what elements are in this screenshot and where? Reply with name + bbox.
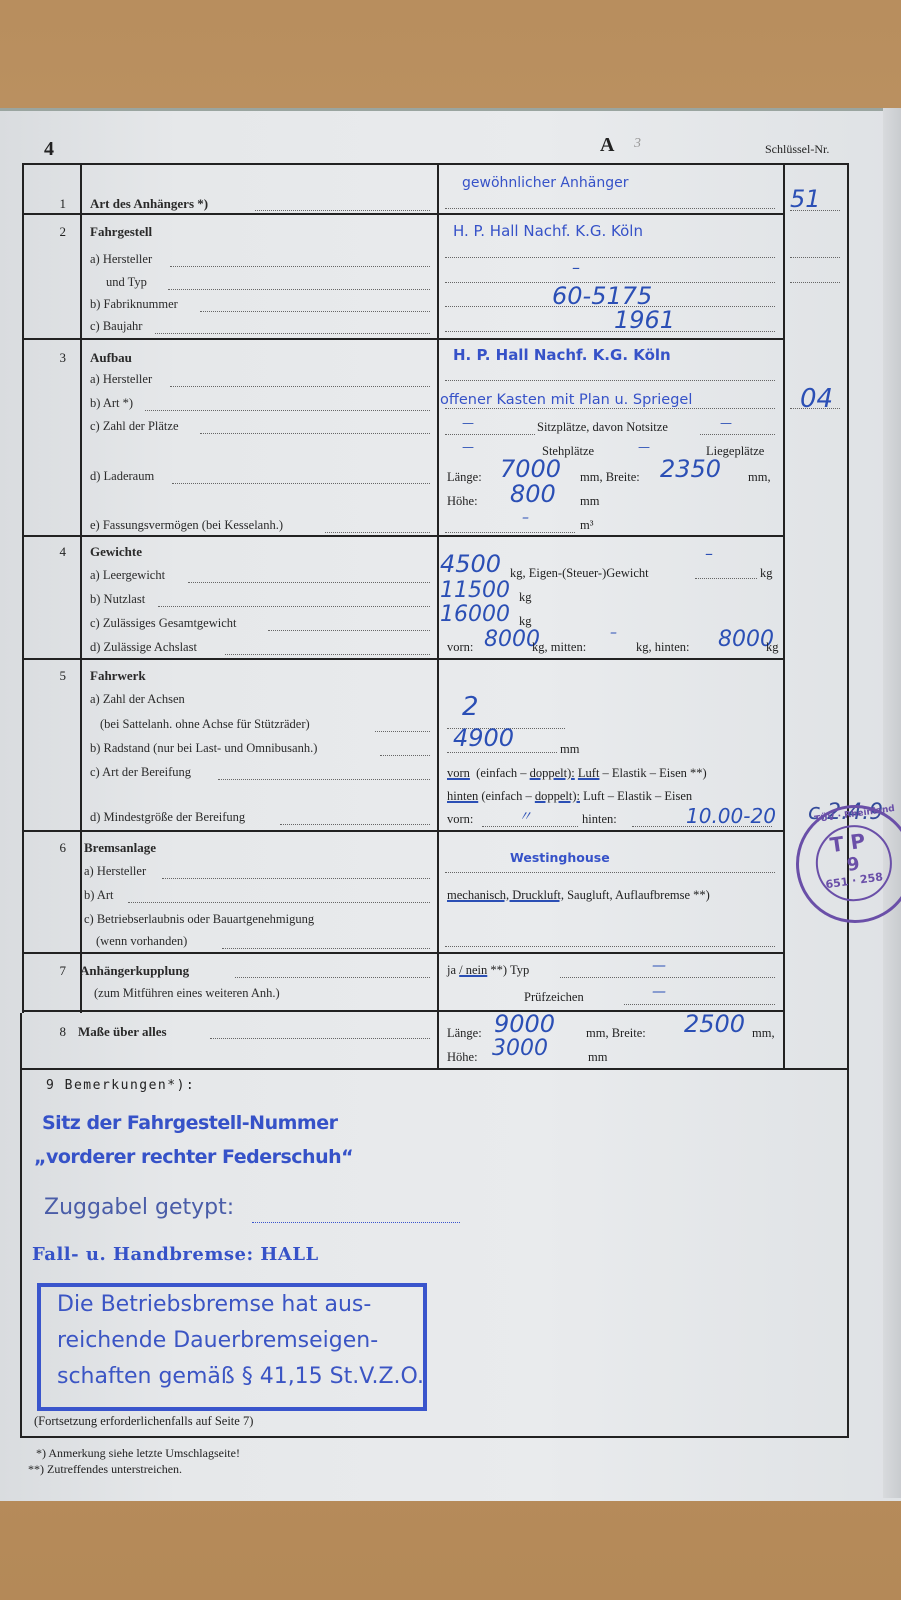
chassis-type-value[interactable]: – <box>572 258 580 277</box>
separator: – <box>650 766 656 780</box>
separator: – <box>525 789 531 803</box>
body-title: Aufbau <box>90 350 132 366</box>
empty-weight-label: a) Leergewicht <box>90 568 165 583</box>
brake-approval-sublabel: (wenn vorhanden) <box>96 934 187 949</box>
axle-front-label: vorn: <box>447 640 473 655</box>
footnote-1: *) Anmerkung siehe letzte Umschlagseite! <box>36 1446 240 1461</box>
section-number: 2 <box>46 224 66 240</box>
separator: – <box>608 789 614 803</box>
chassis-number-location-line2: „vorderer rechter Federschuh“ <box>34 1146 353 1168</box>
min-rear-value[interactable]: 10.00-20 <box>686 804 776 828</box>
section-number: 4 <box>46 544 66 560</box>
emergency-seats-value[interactable]: — <box>720 416 732 430</box>
tyres-double-option: doppelt): <box>530 766 575 780</box>
cargo-width-unit: mm, <box>748 470 771 485</box>
overall-length-label: Länge: <box>447 1026 482 1041</box>
coupling-yes-option: ja <box>447 963 456 977</box>
tyres-air-option: Luft <box>578 766 600 780</box>
tyres-rear-position: hinten <box>447 789 478 803</box>
chassis-type-label: und Typ <box>106 275 147 290</box>
axle-mid-label: kg, mitten: <box>532 640 586 655</box>
cargo-height-label: Höhe: <box>447 494 478 509</box>
chassis-serial-label: b) Fabriknummer <box>90 297 178 312</box>
coupling-no-option: / nein <box>459 963 487 977</box>
continuation-note: (Fortsetzung erforderlichenfalls auf Sei… <box>34 1414 253 1429</box>
brake-type-other-options: Saugluft, Auflaufbremse **) <box>567 888 710 902</box>
coupling-yes-no: ja / nein **) Typ <box>447 963 529 978</box>
chassis-year-value[interactable]: 1961 <box>614 306 675 334</box>
page-edge <box>883 108 901 1498</box>
capacity-value[interactable]: – <box>522 510 529 526</box>
tax-weight-value[interactable]: – <box>705 544 713 563</box>
axles-label: a) Zahl der Achsen <box>90 692 185 707</box>
tyres-iron-option: Eisen <box>664 789 692 803</box>
coupling-type-value[interactable]: — <box>652 958 666 974</box>
brakes-title: Bremsanlage <box>84 840 156 856</box>
cargo-length-value[interactable]: 7000 <box>500 455 561 483</box>
section-number: 5 <box>46 668 66 684</box>
separator: – <box>603 766 609 780</box>
min-front-value[interactable]: 〃 <box>518 806 532 826</box>
min-front-label: vorn: <box>447 812 473 827</box>
overall-width-value[interactable]: 2500 <box>684 1010 745 1038</box>
trailer-type-value[interactable]: gewöhnlicher Anhänger <box>462 175 628 191</box>
trailer-type-label: Art des Anhängers *) <box>90 196 208 212</box>
tyres-iron-option: Eisen **) <box>659 766 707 780</box>
test-mark-value[interactable]: — <box>652 984 666 1000</box>
tyre-type-label: c) Art der Bereifung <box>90 765 191 780</box>
separator: – <box>520 766 526 780</box>
min-tyre-size-label: d) Mindestgröße der Bereifung <box>90 810 245 825</box>
section-number: 8 <box>46 1024 66 1040</box>
section-number: 6 <box>46 840 66 856</box>
brake-type-selected: mechanisch, Druckluft, <box>447 888 564 902</box>
trailer-type-key[interactable]: 51 <box>790 185 821 213</box>
section-number: 7 <box>46 963 66 979</box>
payload-label: b) Nutzlast <box>90 592 145 607</box>
footnote-2: **) Zutreffendes unterstreichen. <box>28 1462 182 1477</box>
min-rear-label: hinten: <box>582 812 617 827</box>
chassis-manufacturer-value[interactable]: H. P. Hall Nachf. K.G. Köln <box>453 222 643 240</box>
overall-height-value[interactable]: 3000 <box>492 1036 548 1061</box>
tyres-single-option: (einfach <box>476 766 517 780</box>
brake-stamp-line: Die Betriebsbremse hat aus- <box>41 1287 423 1323</box>
page-number: 4 <box>44 138 54 161</box>
brake-approval-label: c) Betriebserlaubnis oder Bauartgenehmig… <box>84 912 314 927</box>
key-column-header: Schlüssel-Nr. <box>765 142 829 157</box>
standing-value[interactable]: — <box>462 440 474 454</box>
brake-stamp-line: schaften gemäß § 41,15 St.V.Z.O. <box>41 1359 423 1395</box>
body-type-value[interactable]: offener Kasten mit Plan u. Spriegel <box>440 392 692 408</box>
test-mark-label: Prüfzeichen <box>524 990 584 1005</box>
brake-manufacturer-value[interactable]: Westinghouse <box>510 850 610 865</box>
brake-type-options: mechanisch, Druckluft, Saugluft, Auflauf… <box>447 888 710 903</box>
body-manufacturer-value[interactable]: H. P. Hall Nachf. K.G. Köln <box>453 346 671 364</box>
seats-value[interactable]: — <box>462 416 474 430</box>
remarks-heading: 9 Bemerkungen*): <box>46 1078 195 1093</box>
coupling-title: Anhängerkupplung <box>80 963 189 979</box>
tyres-elastic-option: Elastik <box>617 789 652 803</box>
tuv-stamp-line1: T P <box>828 828 866 857</box>
axle-unit: kg <box>766 640 779 655</box>
payload-value[interactable]: 11500 <box>440 578 510 603</box>
chassis-manufacturer-label: a) Hersteller <box>90 252 152 267</box>
sheet-letter: A <box>600 134 614 157</box>
empty-weight-value[interactable]: 4500 <box>440 550 501 578</box>
overall-width-unit: mm, <box>752 1026 775 1041</box>
wheelbase-value[interactable]: 4900 <box>453 724 514 752</box>
body-type-label: b) Art *) <box>90 396 133 411</box>
body-manufacturer-label: a) Hersteller <box>90 372 152 387</box>
overall-length-value[interactable]: 9000 <box>494 1010 555 1038</box>
tax-weight-unit: kg <box>760 566 773 581</box>
brake-manufacturer-label: a) Hersteller <box>84 864 146 879</box>
sleeping-value[interactable]: — <box>638 440 650 454</box>
tyres-air-option: Luft <box>583 789 605 803</box>
payload-unit: kg <box>519 590 532 605</box>
axle-rear-label: kg, hinten: <box>636 640 689 655</box>
axle-mid-value[interactable]: – <box>610 625 617 641</box>
body-cargo-label: d) Laderaum <box>90 469 154 484</box>
continuous-brake-stamp: Die Betriebsbremse hat aus- reichende Da… <box>37 1283 427 1411</box>
handbrake-note: Fall- u. Handbremse: HALL <box>32 1244 319 1265</box>
overall-width-label: mm, Breite: <box>586 1026 646 1041</box>
wheelbase-unit: mm <box>560 742 579 757</box>
overall-height-label: Höhe: <box>447 1050 478 1065</box>
body-seats-label: c) Zahl der Plätze <box>90 419 179 434</box>
cargo-length-label: Länge: <box>447 470 482 485</box>
section-number: 1 <box>46 196 66 212</box>
coupling-subtitle: (zum Mitführen eines weiteren Anh.) <box>94 986 280 1001</box>
brake-type-label: b) Art <box>84 888 114 903</box>
pencil-mark: 3 <box>634 136 641 152</box>
wheelbase-label: b) Radstand (nur bei Last- und Omnibusan… <box>90 741 317 756</box>
separator: – <box>655 789 661 803</box>
overall-height-unit: mm <box>588 1050 607 1065</box>
tyres-elastic-option: Elastik <box>612 766 647 780</box>
section-number: 3 <box>46 350 66 366</box>
seats-label: Sitzplätze, davon Notsitze <box>537 420 668 435</box>
cargo-width-value[interactable]: 2350 <box>660 455 721 483</box>
tyres-single-option: (einfach <box>481 789 522 803</box>
axles-sublabel: (bei Sattelanh. ohne Achse für Stützräde… <box>100 717 310 732</box>
gross-weight-value[interactable]: 16000 <box>440 602 510 627</box>
axles-value[interactable]: 2 <box>462 692 479 722</box>
overall-dimensions-title: Maße über alles <box>78 1024 167 1040</box>
weights-title: Gewichte <box>90 544 142 560</box>
cargo-width-label: mm, Breite: <box>580 470 640 485</box>
tyres-front-row: vorn (einfach – doppelt): Luft – Elastik… <box>447 766 707 781</box>
brake-stamp-line: reichende Dauerbremseigen- <box>41 1323 423 1359</box>
gross-weight-label: c) Zulässiges Gesamtgewicht <box>90 616 236 631</box>
drawbar-typed-label: Zuggabel getypt: <box>44 1195 234 1220</box>
cargo-height-unit: mm <box>580 494 599 509</box>
tyres-rear-row: hinten (einfach – doppelt): Luft – Elast… <box>447 789 692 804</box>
tyres-front-position: vorn <box>447 766 470 780</box>
chassis-number-location-line1: Sitz der Fahrgestell-Nummer <box>42 1112 337 1134</box>
chassis-year-label: c) Baujahr <box>90 319 142 334</box>
body-type-key[interactable]: 04 <box>800 384 833 414</box>
empty-weight-unit: kg, Eigen-(Steuer-)Gewicht <box>510 566 649 581</box>
body-capacity-label: e) Fassungsvermögen (bei Kesselanh.) <box>90 518 283 533</box>
chassis-title: Fahrgestell <box>90 224 152 240</box>
axle-load-label: d) Zulässige Achslast <box>90 640 197 655</box>
cargo-height-value[interactable]: 800 <box>510 480 556 508</box>
capacity-unit: m³ <box>580 518 593 533</box>
tyres-double-option: doppelt): <box>535 789 580 803</box>
coupling-type-label: **) Typ <box>490 963 529 977</box>
running-gear-title: Fahrwerk <box>90 668 146 684</box>
